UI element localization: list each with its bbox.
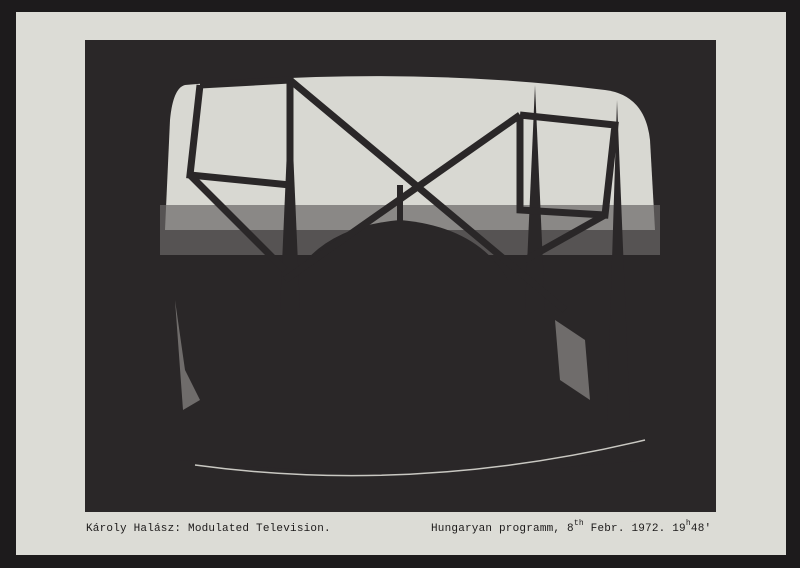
caption-title: Károly Halász: Modulated Television. (86, 523, 331, 535)
photo-print (85, 40, 716, 512)
caption-date: Febr. 1972. 19 (584, 523, 686, 535)
caption-day-suffix: th (574, 519, 584, 528)
caption-broadcast-info: Hungaryan programm, 8th Febr. 1972. 19h4… (431, 523, 711, 535)
caption-program: Hungaryan programm, 8 (431, 523, 574, 535)
caption-minutes: 48' (691, 523, 711, 535)
tv-screen-image (85, 40, 716, 512)
